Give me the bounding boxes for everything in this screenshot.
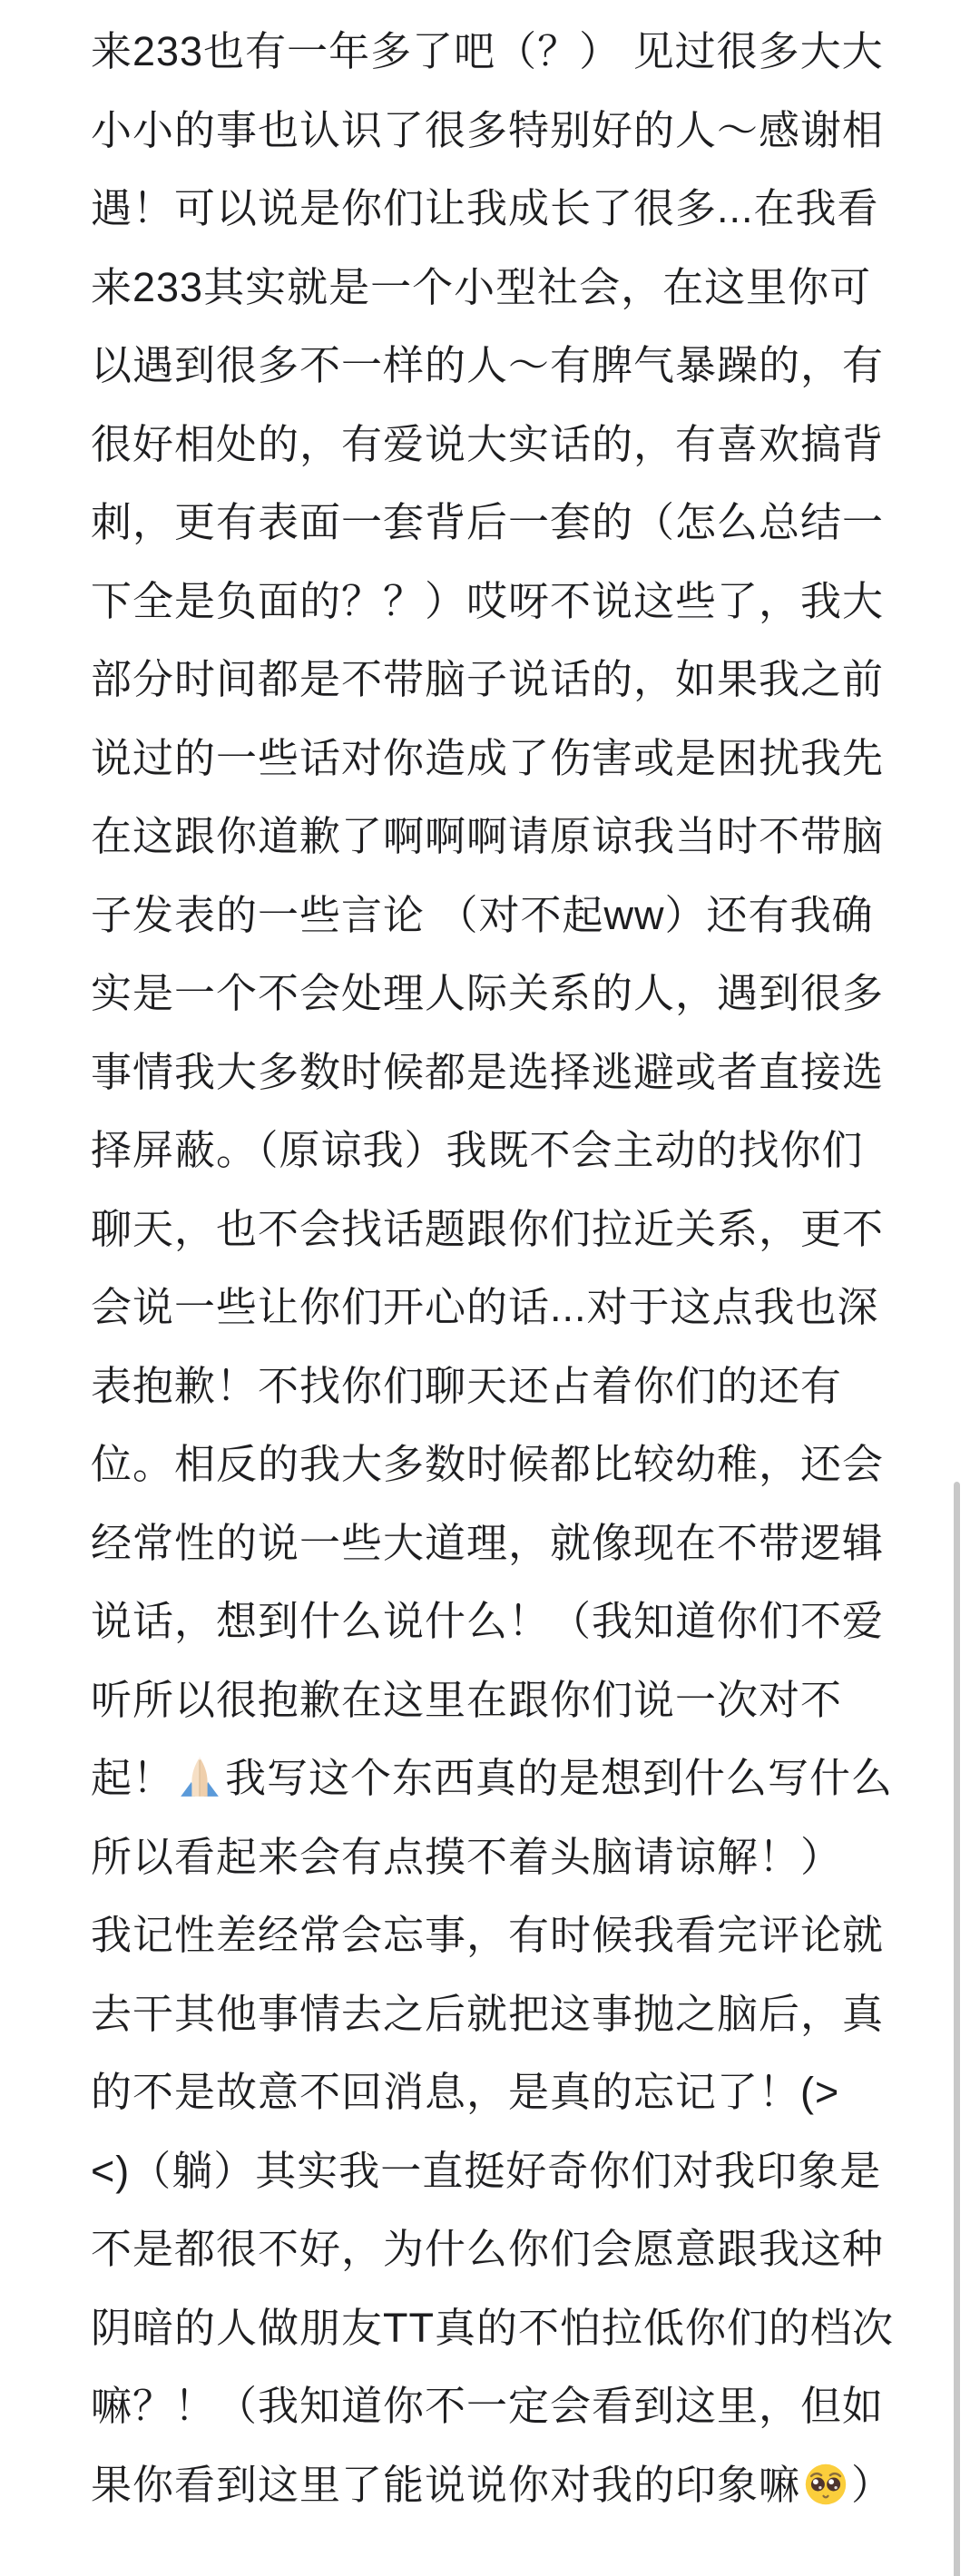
- text-line: 子发表的一些言论 （对不起ww）还有我确: [91, 877, 916, 955]
- text-line: 刺，更有表面一套背后一套的（怎么总结一: [91, 484, 916, 563]
- text-line: 经常性的说一些大道理，就像现在不带逻辑: [91, 1504, 916, 1583]
- text-line: 阴暗的人做朋友TT真的不怕拉低你们的档次: [91, 2289, 916, 2368]
- text-line: 起！ 我写这个东西真的是想到什么写什么: [91, 1739, 916, 1818]
- text-line: 聊天，也不会找话题跟你们拉近关系，更不: [91, 1190, 916, 1269]
- text-line: <)（躺）其实我一直挺好奇你们对我印象是: [91, 2132, 916, 2211]
- text-line: 不是都很不好，为什么你们会愿意跟我这种: [91, 2210, 916, 2289]
- text-line: 去干其他事情去之后就把这事抛之脑后，真: [91, 1975, 916, 2054]
- post-text: 来233也有一年多了吧（？） 见过很多大大小小的事也认识了很多特别好的人～感谢相…: [91, 13, 916, 2524]
- text-line: 在这跟你道歉了啊啊啊请原谅我当时不带脑: [91, 798, 916, 877]
- pleading-face-emoji: [803, 2462, 848, 2507]
- text-line: 表抱歉！不找你们聊天还占着你们的还有: [91, 1347, 916, 1426]
- text-line: 以遇到很多不一样的人～有脾气暴躁的，有: [91, 327, 916, 406]
- text-line: 所以看起来会有点摸不着头脑请谅解！）: [91, 1818, 916, 1897]
- text-line: 择屏蔽。（原谅我）我既不会主动的找你们: [91, 1112, 916, 1190]
- text-line: 听所以很抱歉在这里在跟你们说一次对不: [91, 1661, 916, 1740]
- text-line: 位。相反的我大多数时候都比较幼稚，还会: [91, 1425, 916, 1504]
- text-line: 果你看到这里了能说说你对我的印象嘛 ）: [91, 2446, 916, 2525]
- text-line: 小小的事也认识了很多特别好的人～感谢相: [91, 92, 916, 171]
- text-line: 实是一个不会处理人际关系的人，遇到很多: [91, 955, 916, 1033]
- text-line: 下全是负面的？？）哎呀不说这些了，我大: [91, 563, 916, 642]
- screen: { "page": { "background": "#ffffff", "te…: [0, 0, 980, 2576]
- text-line: 事情我大多数时候都是选择逃避或者直接选: [91, 1033, 916, 1112]
- text-line: 遇！可以说是你们让我成长了很多...在我看: [91, 170, 916, 249]
- text-line: 嘛？！（我知道你不一定会看到这里，但如: [91, 2367, 916, 2446]
- text-line: 我记性差经常会忘事，有时候我看完评论就: [91, 1896, 916, 1975]
- scrollbar-thumb[interactable]: [954, 1482, 960, 2576]
- text-line: 会说一些让你们开心的话...对于这点我也深: [91, 1268, 916, 1347]
- text-line: 很好相处的，有爱说大实话的，有喜欢搞背: [91, 406, 916, 485]
- text-line: 来233也有一年多了吧（？） 见过很多大大: [91, 13, 916, 92]
- text-line: 的不是故意不回消息，是真的忘记了！(>: [91, 2053, 916, 2132]
- text-line: 来233其实就是一个小型社会，在这里你可: [91, 249, 916, 328]
- text-line: 说过的一些话对你造成了伤害或是困扰我先: [91, 720, 916, 798]
- text-line: 说话，想到什么说什么！（我知道你们不爱: [91, 1582, 916, 1661]
- text-line: 部分时间都是不带脑子说话的，如果我之前: [91, 641, 916, 720]
- folded-hands-emoji: [177, 1755, 222, 1800]
